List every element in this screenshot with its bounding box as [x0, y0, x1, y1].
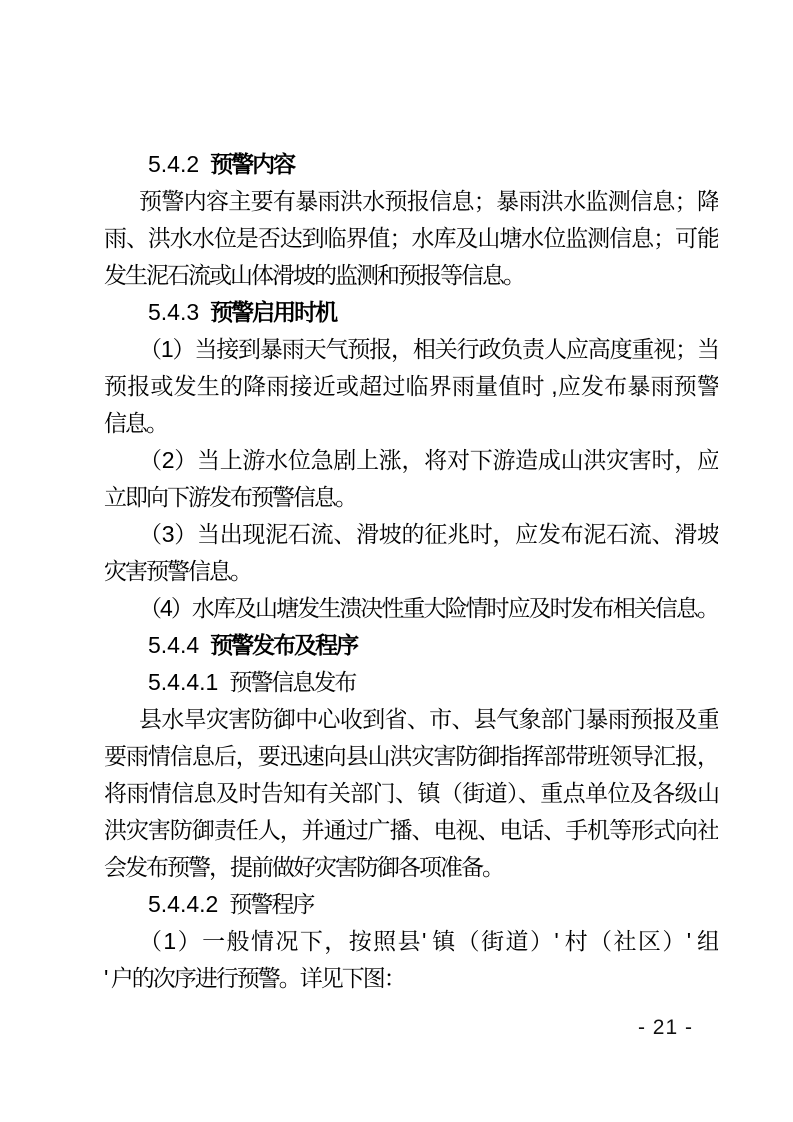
paragraph: （1）当接到暴雨天气预报，相关行政负责人应高度重视；当预报或发生的降雨接近或超过… [104, 331, 718, 442]
section-number: 5.4.2 [148, 151, 199, 177]
text-line: 将雨情信息及时告知有关部门、镇（街道）、重点单位及各级山 [104, 775, 718, 812]
document-content: 5.4.2预警内容预警内容主要有暴雨洪水预报信息；暴雨洪水监测信息；降雨、洪水水… [104, 146, 718, 997]
section-number: 5.4.4 [148, 632, 199, 658]
section-title: 预警启用时机 [210, 299, 336, 325]
paragraph: （1）一般情况下，按照县' 镇（街道）' 村（社区）' 组' 户的次序进行预警。… [104, 923, 718, 997]
document-page: 5.4.2预警内容预警内容主要有暴雨洪水预报信息；暴雨洪水监测信息；降雨、洪水水… [0, 0, 793, 1122]
section-number: 5.4.3 [148, 299, 199, 325]
text-line: 县水旱灾害防御中心收到省、市、县气象部门暴雨预报及重 [104, 701, 718, 738]
text-line: （3）当出现泥石流、滑坡的征兆时，应发布泥石流、滑坡 [104, 516, 718, 553]
paragraph: 县水旱灾害防御中心收到省、市、县气象部门暴雨预报及重要雨情信息后，要迅速向县山洪… [104, 701, 718, 886]
text-line: ' 户的次序进行预警。详见下图： [104, 960, 718, 997]
text-line: 发生泥石流或山体滑坡的监测和预报等信息。 [104, 257, 718, 294]
text-line: 立即向下游发布预警信息。 [104, 479, 718, 516]
paragraph: 预警内容主要有暴雨洪水预报信息；暴雨洪水监测信息；降雨、洪水水位是否达到临界值；… [104, 183, 718, 294]
section-heading: 5.4.2预警内容 [104, 146, 718, 183]
text-line: 灾害预警信息。 [104, 553, 718, 590]
text-line: 预报或发生的降雨接近或超过临界雨量值时 ,应发布暴雨预警 [104, 368, 718, 405]
section-heading: 5.4.4.2预警程序 [104, 886, 718, 923]
text-line: （1）当接到暴雨天气预报，相关行政负责人应高度重视；当 [104, 331, 718, 368]
text-line: （2）当上游水位急剧上涨，将对下游造成山洪灾害时，应 [104, 442, 718, 479]
section-title: 预警发布及程序 [210, 632, 357, 658]
text-line: 信息。 [104, 405, 718, 442]
paragraph: （4）水库及山塘发生溃决性重大险情时应及时发布相关信息。 [104, 590, 718, 627]
text-line: 会发布预警，提前做好灾害防御各项准备。 [104, 849, 718, 886]
section-number: 5.4.4.1 [148, 669, 218, 695]
text-line: 要雨情信息后，要迅速向县山洪灾害防御指挥部带班领导汇报， [104, 738, 718, 775]
section-title: 预警信息发布 [229, 669, 355, 695]
section-heading: 5.4.3预警启用时机 [104, 294, 718, 331]
section-heading: 5.4.4预警发布及程序 [104, 627, 718, 664]
text-line: 洪灾害防御责任人，并通过广播、电视、电话、手机等形式向社 [104, 812, 718, 849]
paragraph: （3）当出现泥石流、滑坡的征兆时，应发布泥石流、滑坡灾害预警信息。 [104, 516, 718, 590]
text-line: （4）水库及山塘发生溃决性重大险情时应及时发布相关信息。 [104, 590, 718, 627]
text-line: （1）一般情况下，按照县' 镇（街道）' 村（社区）' 组 [104, 923, 718, 960]
paragraph: （2）当上游水位急剧上涨，将对下游造成山洪灾害时，应立即向下游发布预警信息。 [104, 442, 718, 516]
section-title: 预警内容 [210, 151, 294, 177]
section-heading: 5.4.4.1预警信息发布 [104, 664, 718, 701]
section-title: 预警程序 [229, 891, 313, 917]
text-line: 预警内容主要有暴雨洪水预报信息；暴雨洪水监测信息；降 [104, 183, 718, 220]
text-line: 雨、洪水水位是否达到临界值；水库及山塘水位监测信息；可能 [104, 220, 718, 257]
page-number: - 21 - [638, 1016, 693, 1040]
section-number: 5.4.4.2 [148, 891, 218, 917]
